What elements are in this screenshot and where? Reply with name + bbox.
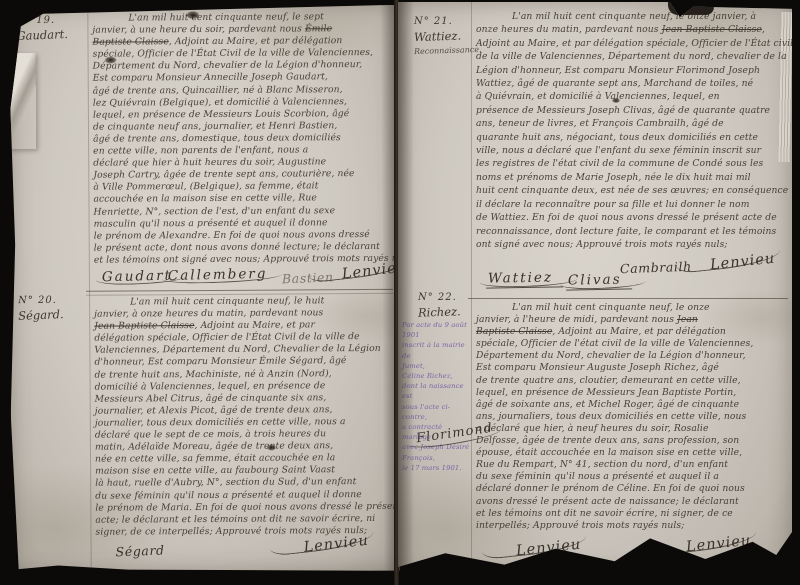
ink-blot <box>267 445 276 451</box>
left-page: N° 19. Gaudart. L'an mil huit cent cinqu… <box>8 5 399 573</box>
margin-annotation-21: N° 21. Wattiez. Reconnaissance. <box>414 16 482 55</box>
signature-declarant: Wattiez <box>486 269 563 288</box>
act-number: N° 21. <box>414 16 482 27</box>
signature-row-19: Gaudart Callemberg Bastien Lenvieu <box>8 5 396 7</box>
act-body-text-20: L'an mil huit cent cinquante neuf, le hu… <box>94 295 395 539</box>
margin-annotation-19: N° 19. Gaudart. <box>16 15 68 42</box>
act-subtitle: Reconnaissance. <box>414 45 482 56</box>
act-body-text-22: L'an mil huit cent cinquante neuf, le on… <box>476 302 786 532</box>
act-name: Wattiez. <box>414 28 482 44</box>
signature-declarant: Ségard <box>115 542 165 559</box>
signature-officer: Lenvieu <box>515 537 582 560</box>
ink-blot <box>186 11 199 19</box>
marginal-mention: Par acte du 9 août 1901inscrit à la mair… <box>402 320 472 473</box>
signature-row-20: Ségard Lenvieu <box>8 5 396 7</box>
margin-rule <box>471 2 472 569</box>
act-name: Ségard. <box>18 307 64 323</box>
act-name: Gaudart. <box>16 27 68 43</box>
margin-annotation-22: N° 22. Richez. <box>418 292 461 319</box>
folded-corner <box>6 53 37 149</box>
act-number: N° 20. <box>18 295 63 306</box>
margin-rule <box>87 7 91 567</box>
ink-blot <box>105 57 117 64</box>
act-body-text-19: L'an mil huit cent cinquante neuf, le se… <box>92 11 394 267</box>
ink-blot <box>612 98 620 103</box>
register-photo: N° 19. Gaudart. L'an mil huit cent cinqu… <box>0 0 800 585</box>
act-number: N° 22. <box>418 292 461 303</box>
signature-officer: Lenvieu <box>685 533 752 556</box>
act-number: N° 19. <box>16 15 68 26</box>
signature-officer: Lenvieu <box>709 251 776 274</box>
act-body-text-21: L'an mil huit cent cinquante neuf, le on… <box>476 10 786 251</box>
act-name: Richez. <box>418 304 461 319</box>
right-page: N° 21. Wattiez. Reconnaissance. L'an mil… <box>398 2 792 575</box>
margin-annotation-20: N° 20. Ségard. <box>18 295 64 322</box>
signature-witness-1: Callemberg <box>168 266 268 284</box>
